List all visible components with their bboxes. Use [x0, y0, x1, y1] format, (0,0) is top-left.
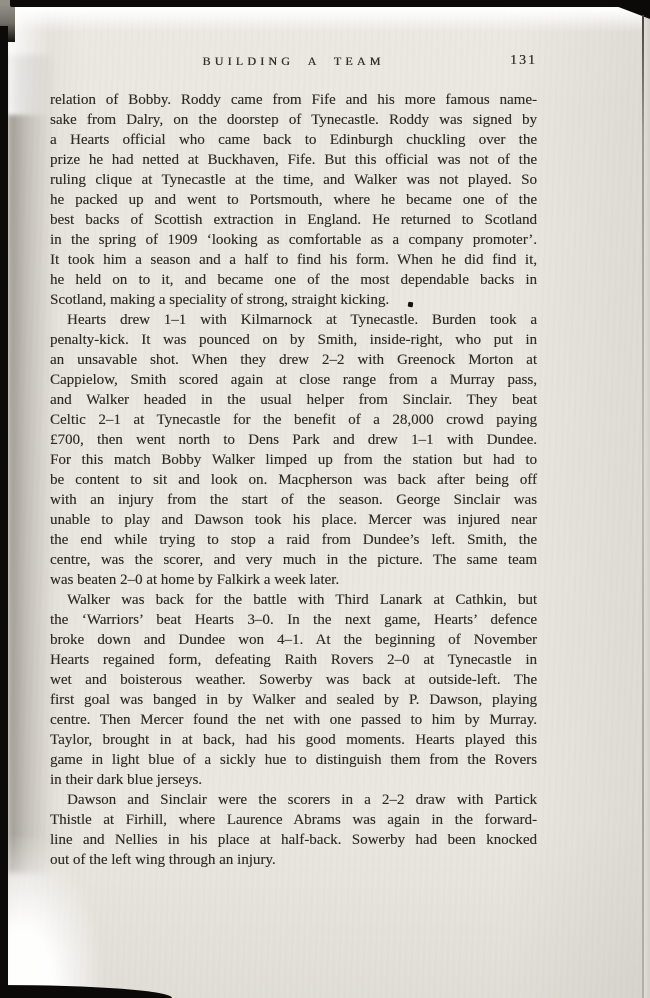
- text-line: Thistle at Firhill, where Laurence Abram…: [50, 810, 537, 830]
- text-line: Cappielow, Smith scored again at close r…: [50, 370, 537, 390]
- page-edge-line-right: [642, 15, 644, 998]
- book-edge-top: [10, 0, 650, 7]
- text-line: was beaten 2–0 at home by Falkirk a week…: [50, 570, 537, 590]
- text-line: Hearts drew 1–1 with Kilmarnock at Tynec…: [50, 310, 537, 330]
- text-line: ruling clique at Tynecastle at the time,…: [50, 170, 537, 190]
- text-line: out of the left wing through an injury.: [50, 850, 537, 870]
- text-line: Scotland, making a speciality of strong,…: [50, 290, 537, 310]
- text-line: the ‘Warriors’ beat Hearts 3–0. In the n…: [50, 610, 537, 630]
- page-number: 131: [510, 53, 537, 69]
- text-line: best backs of Scottish extraction in Eng…: [50, 210, 537, 230]
- text-line: with an injury from the start of the sea…: [50, 490, 537, 510]
- text-line: an unsavable shot. When they drew 2–2 wi…: [50, 350, 537, 370]
- text-line: a Hearts official who came back to Edinb…: [50, 130, 537, 150]
- book-page-scan: BUILDING A TEAM 131 relation of Bobby. R…: [0, 0, 650, 998]
- text-line: and Walker headed in the usual helper fr…: [50, 390, 537, 410]
- text-line: relation of Bobby. Roddy came from Fife …: [50, 90, 537, 110]
- text-line: first goal was banged in by Walker and s…: [50, 690, 537, 710]
- text-line: line and Nellies in his place at half-ba…: [50, 830, 537, 850]
- text-line: wet and boisterous weather. Sowerby was …: [50, 670, 537, 690]
- text-line: sake from Dalry, on the doorstep of Tyne…: [50, 110, 537, 130]
- text-line: centre. Then Mercer found the net with o…: [50, 710, 537, 730]
- text-line: centre, was the scorer, and very much in…: [50, 550, 537, 570]
- page-header: BUILDING A TEAM 131: [50, 54, 537, 72]
- text-line: Dawson and Sinclair were the scorers in …: [50, 790, 537, 810]
- ink-spot-artifact: [408, 302, 413, 308]
- text-line: he held on to it, and became one of the …: [50, 270, 537, 290]
- book-edge-left: [0, 26, 8, 998]
- text-line: Walker was back for the battle with Thir…: [50, 590, 537, 610]
- paragraph: Dawson and Sinclair were the scorers in …: [50, 790, 537, 870]
- text-line: game in light blue of a sickly hue to di…: [50, 750, 537, 770]
- running-title: BUILDING A TEAM: [50, 54, 537, 69]
- page-stack-edge-right: [644, 14, 650, 998]
- paragraph: Hearts drew 1–1 with Kilmarnock at Tynec…: [50, 310, 537, 590]
- text-line: the end while trying to stop a raid from…: [50, 530, 537, 550]
- page-curl-highlight-top: [8, 5, 646, 32]
- text-line: It took him a season and a half to find …: [50, 250, 537, 270]
- text-line: he packed up and went to Portsmouth, whe…: [50, 190, 537, 210]
- paragraph: Walker was back for the battle with Thir…: [50, 590, 537, 790]
- text-line: prize he had netted at Buckhaven, Fife. …: [50, 150, 537, 170]
- paragraph: relation of Bobby. Roddy came from Fife …: [50, 90, 537, 310]
- gutter-shadow: [8, 55, 54, 873]
- text-line: Hearts regained form, defeating Raith Ro…: [50, 650, 537, 670]
- body-text: relation of Bobby. Roddy came from Fife …: [50, 90, 537, 870]
- text-line: Celtic 2–1 at Tynecastle for the benefit…: [50, 410, 537, 430]
- text-line: unable to play and Dawson took his place…: [50, 510, 537, 530]
- text-line: broke down and Dundee won 4–1. At the be…: [50, 630, 537, 650]
- text-line: in the spring of 1909 ‘looking as comfor…: [50, 230, 537, 250]
- text-line: penalty-kick. It was pounced on by Smith…: [50, 330, 537, 350]
- text-line: Taylor, brought in at back, had his good…: [50, 730, 537, 750]
- text-line: be content to sit and look on. Macpherso…: [50, 470, 537, 490]
- text-line: £700, then went north to Dens Park and d…: [50, 430, 537, 450]
- text-line: For this match Bobby Walker limped up fr…: [50, 450, 537, 470]
- text-line: in their dark blue jerseys.: [50, 770, 537, 790]
